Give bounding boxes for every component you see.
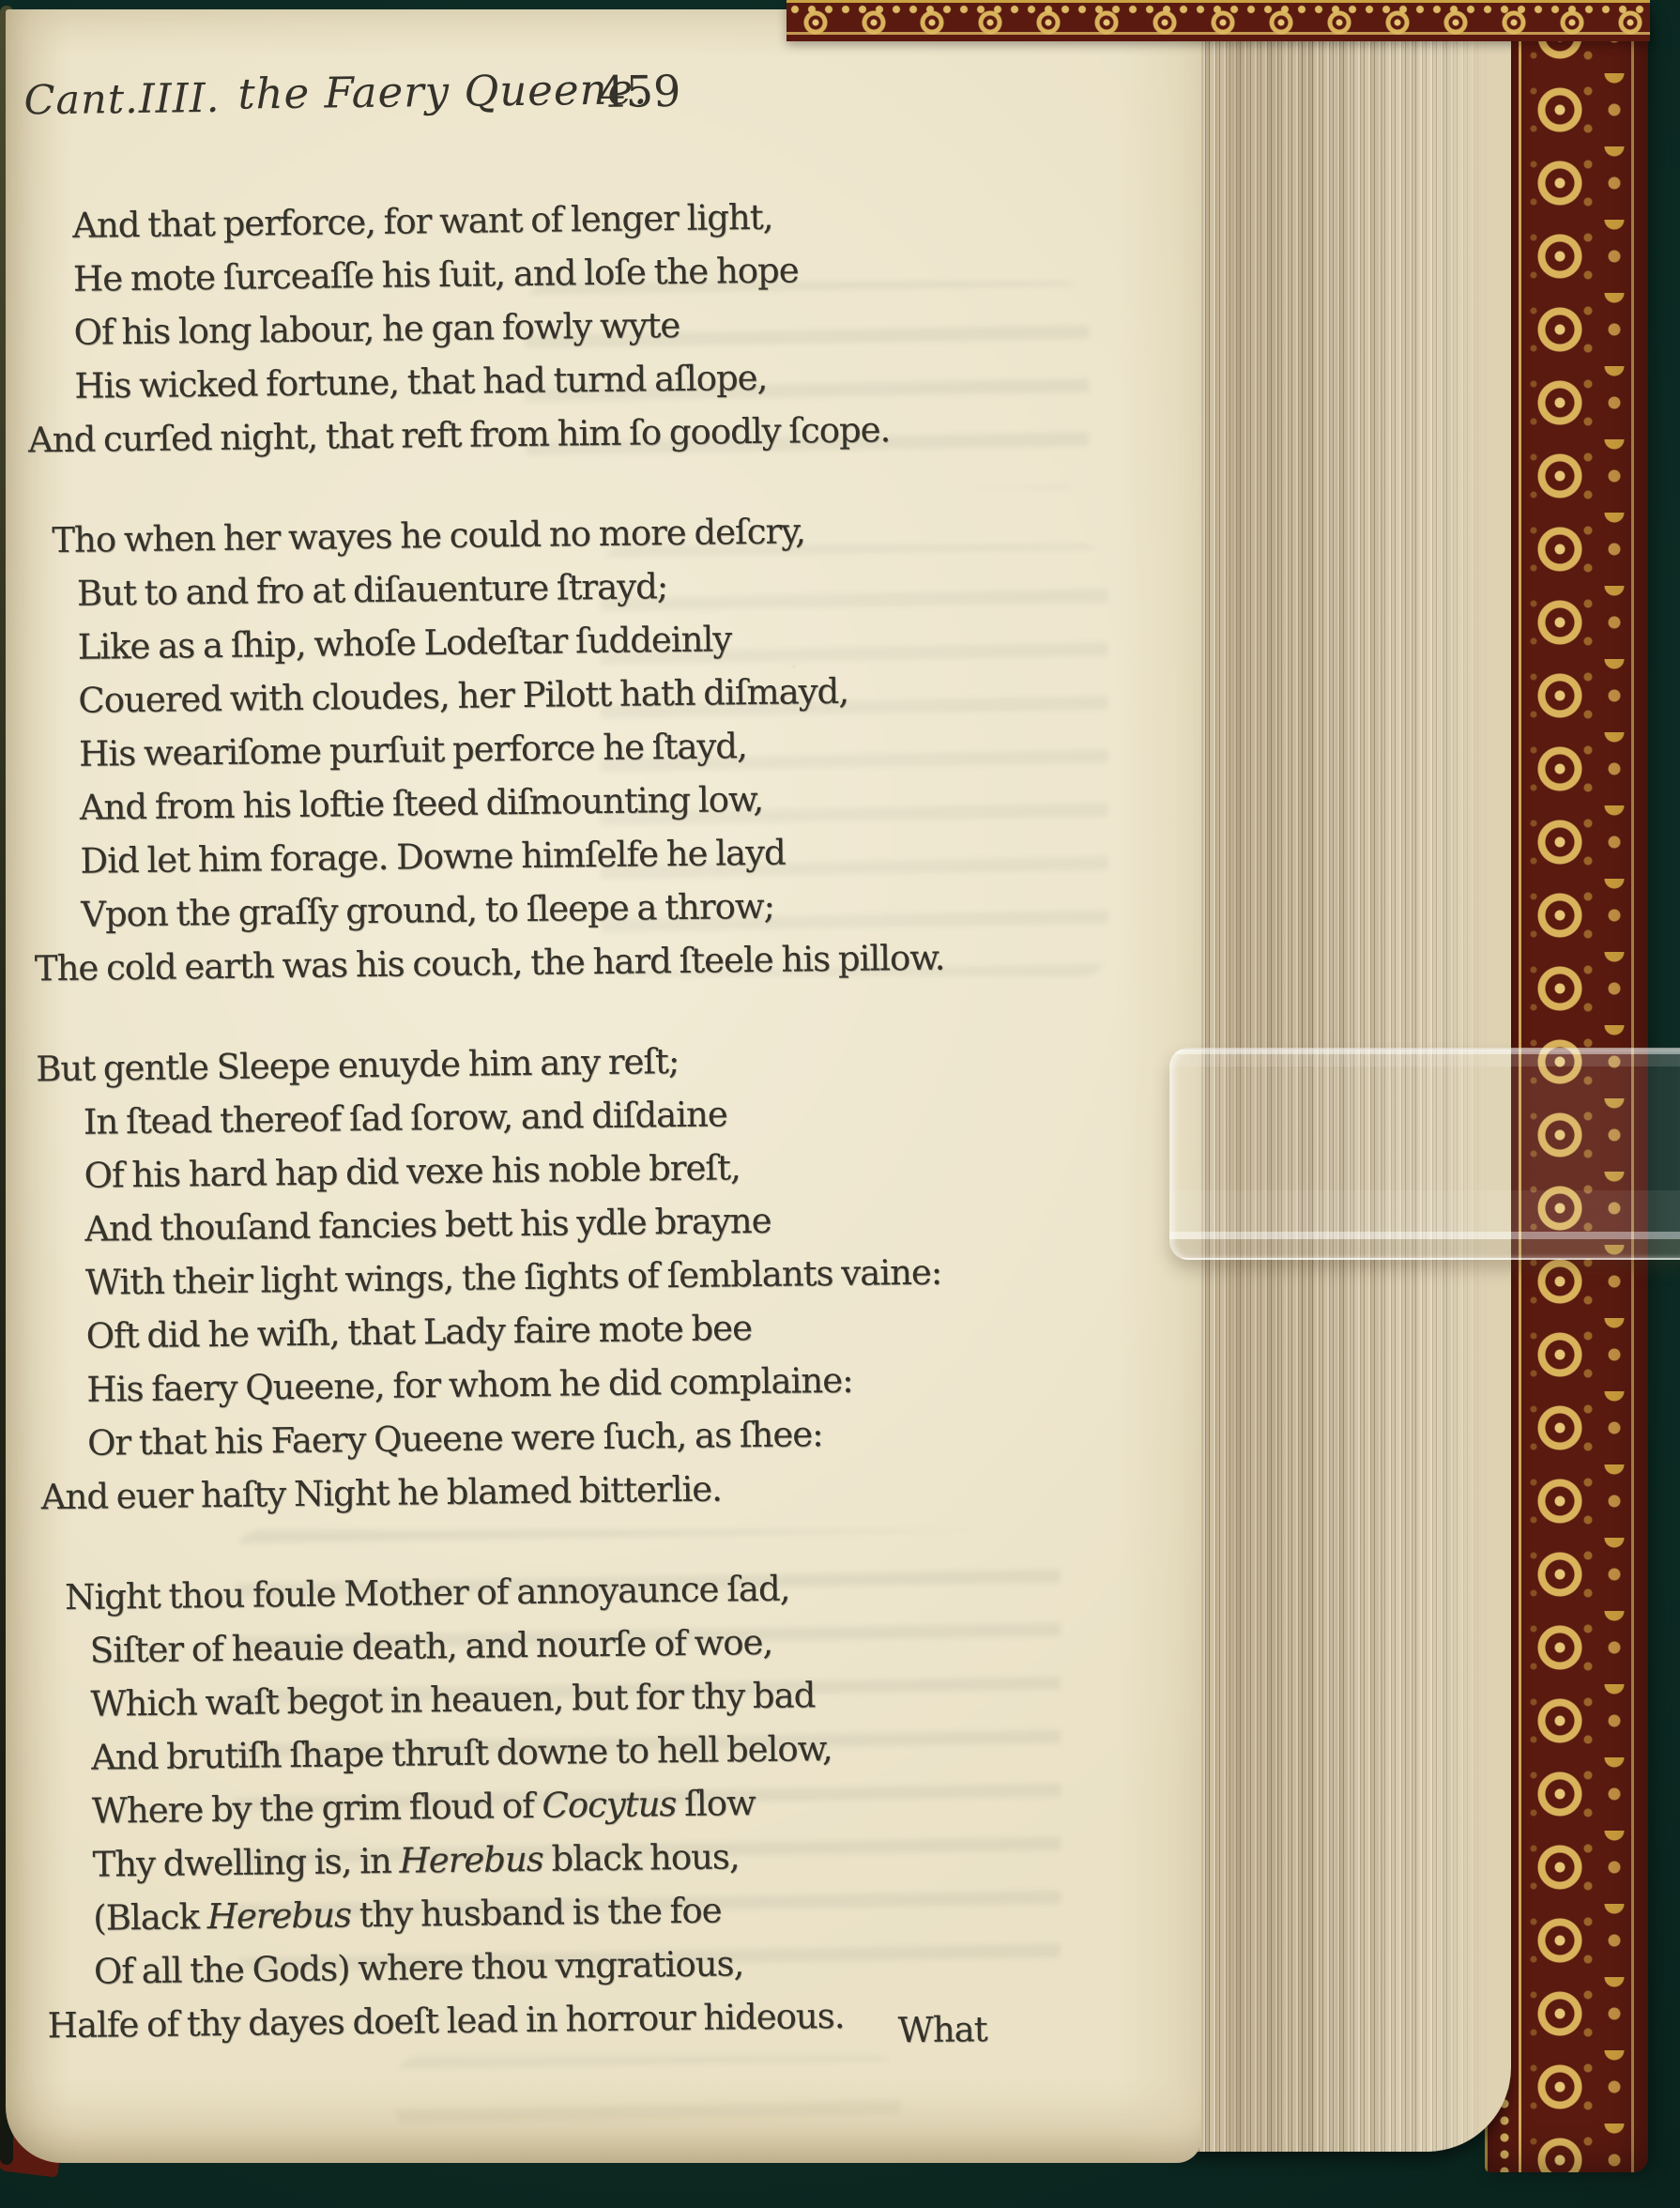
italic-proper-noun: Cocytus (542, 1784, 676, 1826)
page-header: Cant.IIII. the Faery Queene. 459 (0, 58, 1126, 138)
running-title: the Faery Queene. (237, 64, 649, 118)
stanza: Tho when her wayes he could no more deſc… (29, 500, 1123, 995)
italic-proper-noun: Herebus (399, 1839, 543, 1881)
stanza: But gentle Sleepe enuyde him any reſt; I… (36, 1029, 1130, 1524)
page-number: 459 (598, 66, 680, 117)
printed-text: Cant.IIII. the Faery Queene. 459 And tha… (0, 0, 1227, 2198)
canto-label: Cant.IIII. (23, 75, 220, 125)
stanza: Night thou foule Mother of annoyaunce ſa… (42, 1557, 1137, 2052)
catchword: What (898, 2009, 987, 2050)
acrylic-weight-strip (1169, 1048, 1680, 1260)
italic-proper-noun: Herebus (206, 1894, 351, 1937)
book-scan: Cant.IIII. the Faery Queene. 459 And tha… (0, 0, 1680, 2208)
poem-body: And that perforce, for want of lenger li… (25, 186, 1138, 2099)
stanza: And that perforce, for want of lenger li… (25, 186, 1117, 467)
